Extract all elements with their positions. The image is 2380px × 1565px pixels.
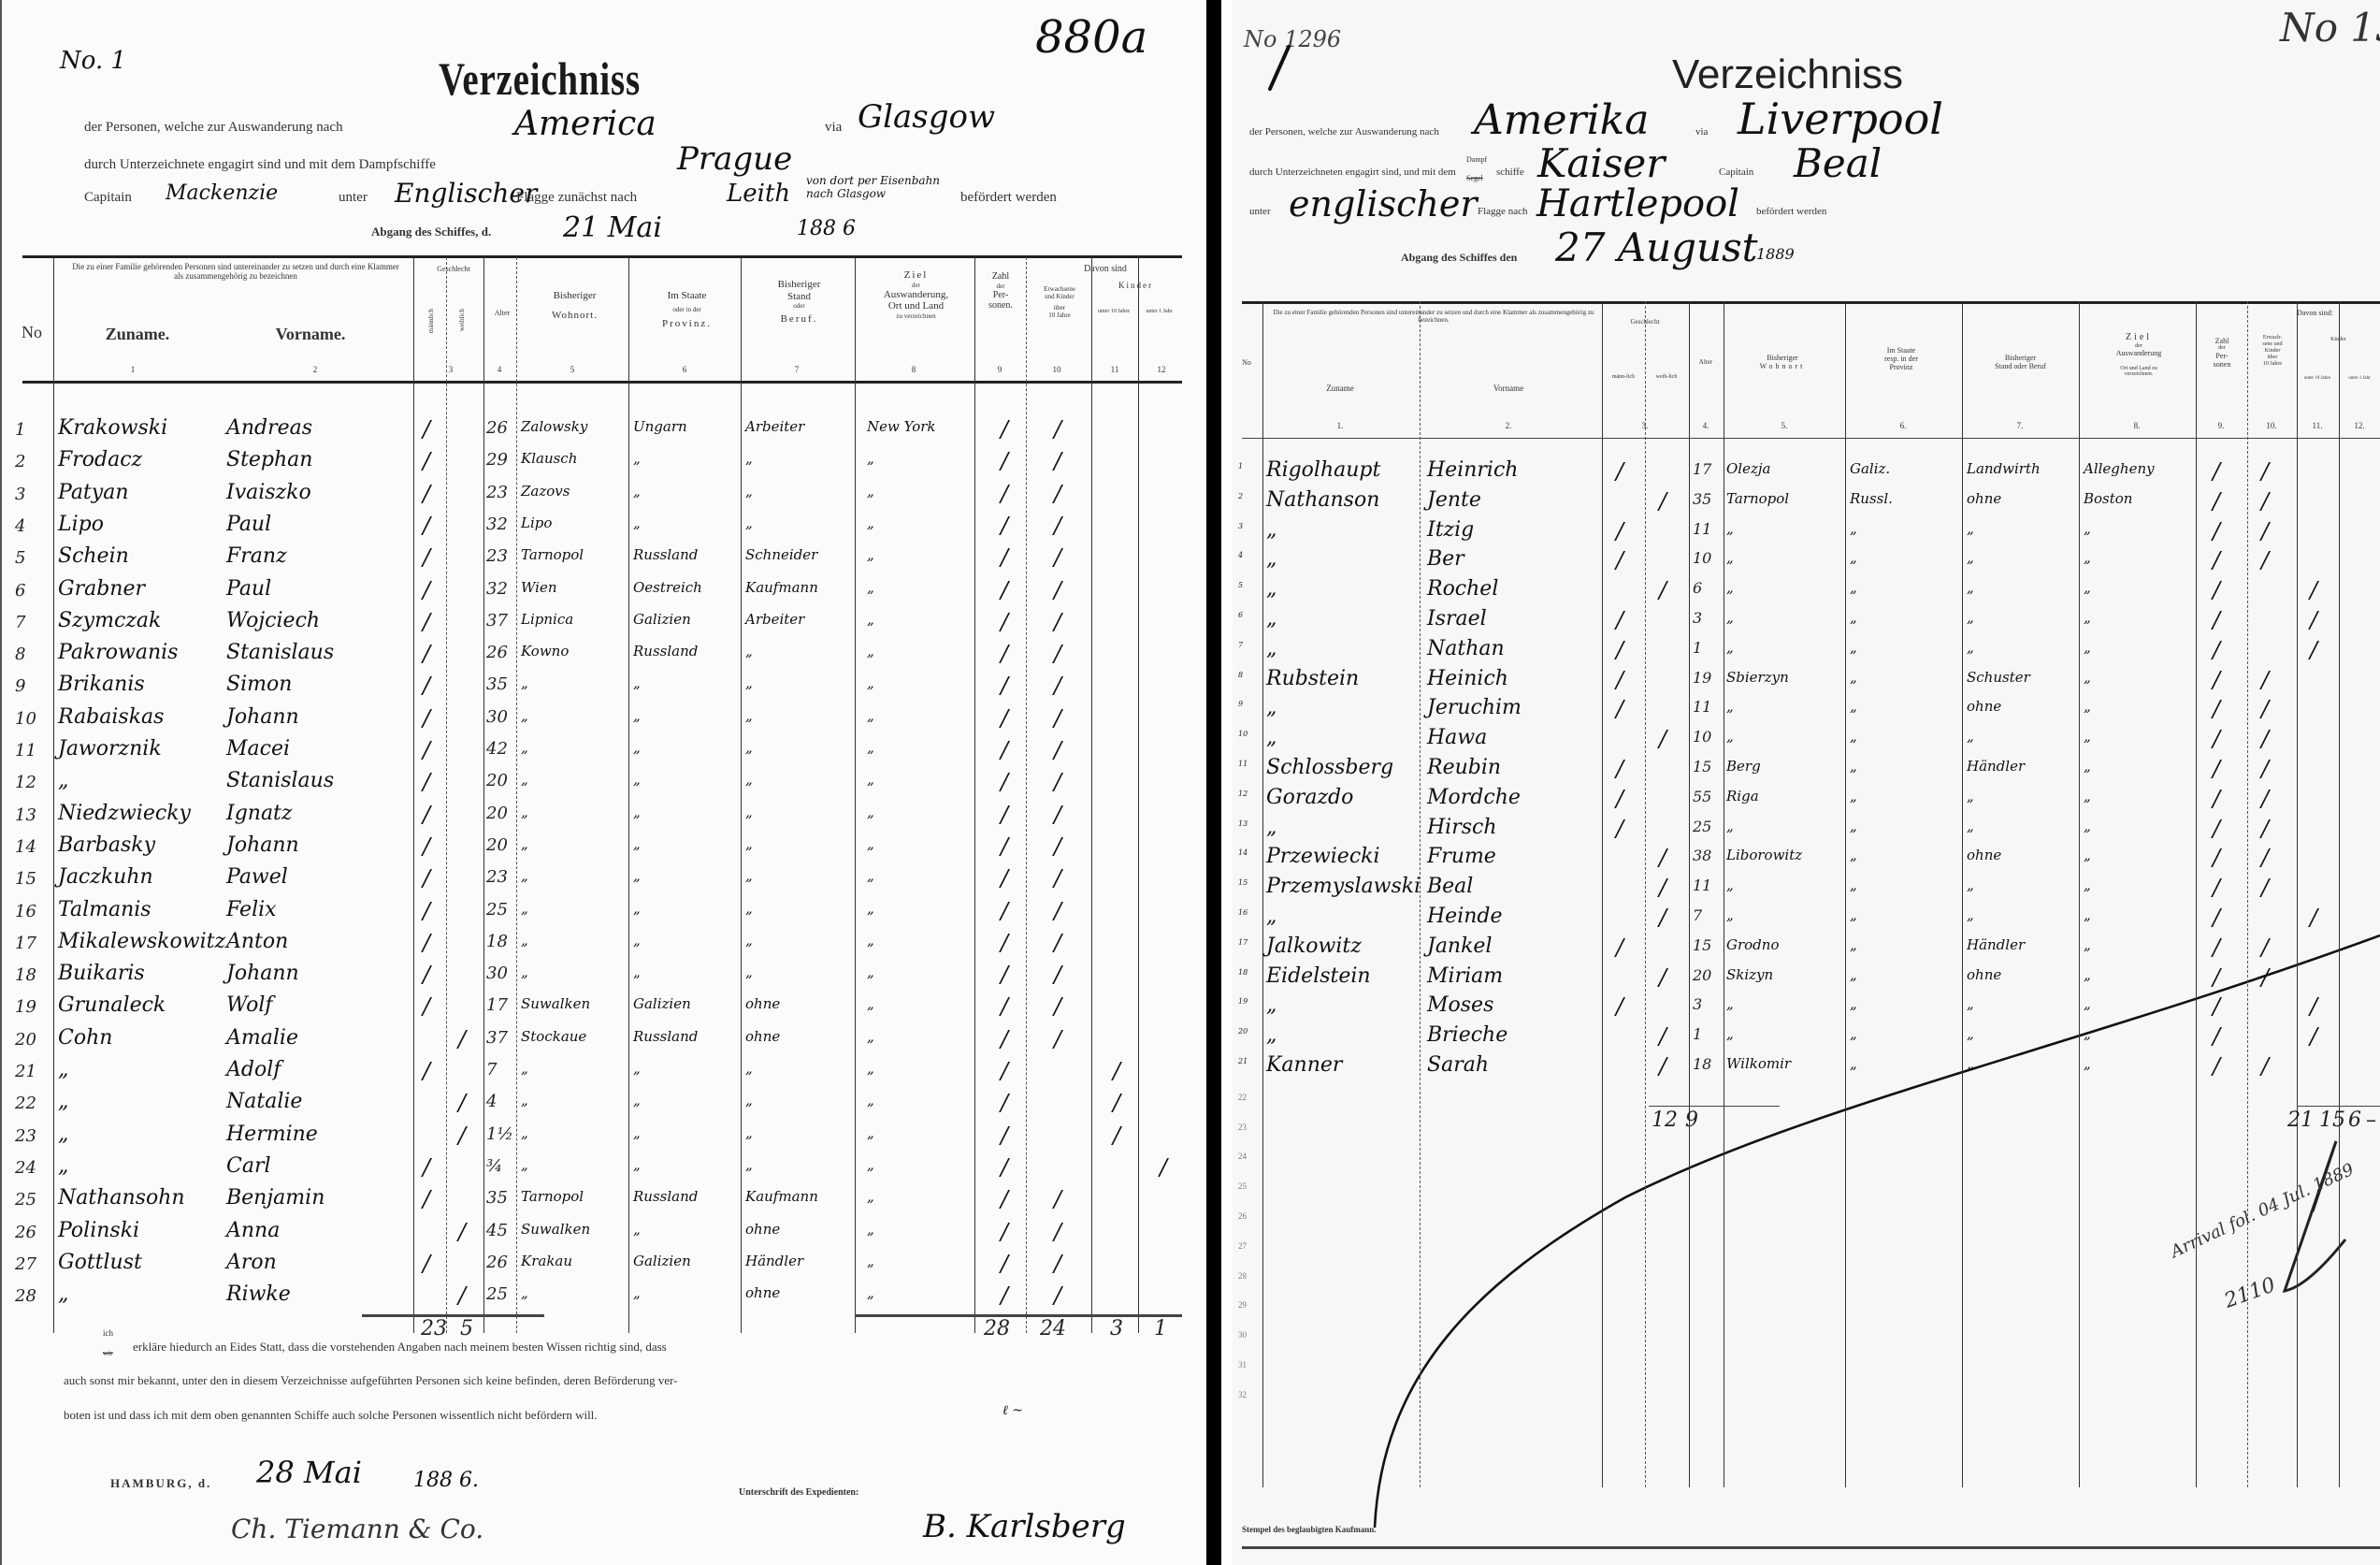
row-number: 5 (1238, 581, 1243, 589)
table-row: 18EidelsteinMiriam/20Skizyn„ohne„// (1233, 964, 2380, 994)
column-number: 1. (1321, 421, 1359, 430)
adult-mark: / (2261, 845, 2269, 871)
occupation-cell: „ (745, 964, 753, 980)
age-cell: 38 (1693, 847, 1711, 864)
left-col-adults: Erwachseneund Kinderüber10 Jahre (1031, 285, 1089, 319)
state-cell: Oestreich (633, 579, 702, 596)
empty-row-number: 22 (1238, 1093, 1247, 1102)
child-mark: / (2310, 1023, 2317, 1050)
occupation-cell: „ (745, 707, 753, 724)
surname-cell: „ (58, 1090, 68, 1113)
given-name-cell: Hawa (1427, 726, 1487, 749)
count-mark: / (2213, 1053, 2220, 1080)
row-number: 6 (15, 581, 25, 601)
given-name-cell: Mordche (1427, 786, 1521, 809)
table-row: 21„Adolf/7„„„„// (2, 1058, 1208, 1090)
table-row: 5ScheinFranz/23TarnopolRusslandSchneider… (2, 544, 1208, 576)
destination-cell: „ (867, 579, 874, 596)
adult-mark: / (1054, 769, 1061, 795)
given-name-cell: Miriam (1427, 964, 1503, 988)
right-col-count-1: Zahl (2199, 337, 2245, 345)
left-sum-rule-1 (362, 1314, 544, 1317)
left-col-adults-4: 10 Jahre (1031, 312, 1089, 319)
left-col-children: Kinder (1091, 281, 1180, 290)
residence-cell: Tarnopol (521, 1188, 584, 1205)
occupation-cell: „ (1967, 818, 1974, 834)
count-mark: / (2213, 726, 2220, 752)
left-signature-agent: Ch. Tiemann & Co. (231, 1514, 483, 1544)
surname-cell: „ (58, 769, 68, 792)
residence-cell: Tarnopol (1726, 490, 1789, 507)
right-document-page: No 1296 No 1324 Verzeichniss der Persone… (1233, 0, 2380, 1565)
surname-cell: Buikaris (58, 962, 145, 985)
count-mark: / (1001, 609, 1008, 635)
left-flag-label: unter (339, 190, 368, 206)
given-name-cell: Simon (226, 673, 292, 696)
adult-mark: / (1054, 962, 1061, 988)
adult-mark: / (2261, 756, 2269, 782)
table-row: 18BuikarisJohann/30„„„„// (2, 962, 1208, 993)
age-cell: 15 (1693, 758, 1711, 775)
adult-mark: / (2261, 518, 2269, 544)
given-name-cell: Ivaiszko (226, 481, 311, 504)
count-mark: / (1001, 1219, 1008, 1245)
male-mark: / (1616, 547, 1623, 573)
count-mark: / (1001, 1186, 1008, 1212)
residence-cell: „ (1726, 549, 1734, 566)
count-mark: / (1001, 865, 1008, 891)
row-number: 11 (1238, 760, 1248, 768)
given-name-cell: Johann (226, 833, 299, 857)
destination-cell: „ (2084, 818, 2091, 834)
left-col-sex-m: männlich (427, 309, 440, 333)
state-cell: Galizien (633, 1253, 691, 1269)
child-mark: / (1113, 1123, 1120, 1149)
row-number: 2 (1238, 492, 1243, 500)
destination-cell: New York (867, 418, 936, 435)
empty-row-number: 29 (1238, 1300, 1247, 1310)
male-mark: / (1616, 667, 1623, 693)
surname-cell: Rabaiskas (58, 705, 164, 729)
right-col-count: ZahlderPer-sonen (2199, 337, 2245, 369)
given-name-cell: Felix (226, 898, 277, 921)
surname-cell: „ (58, 1123, 68, 1146)
state-cell: „ (1850, 906, 1857, 923)
state-cell: „ (633, 674, 641, 691)
right-col-given-name: Vorname (1420, 384, 1597, 393)
right-destination: Amerika (1474, 96, 1650, 144)
adult-mark: / (2261, 964, 2269, 991)
residence-cell: Tarnopol (521, 546, 584, 563)
residence-cell: Liborowitz (1726, 847, 1802, 863)
count-mark: / (2213, 905, 2220, 931)
column-number: 9. (2202, 421, 2240, 430)
left-first-port: Leith (727, 180, 790, 208)
adult-mark: / (2261, 875, 2269, 901)
surname-cell: Jaworznik (58, 737, 162, 761)
female-mark: / (458, 1026, 466, 1052)
occupation-cell: „ (1967, 639, 1974, 656)
residence-cell: „ (1726, 818, 1734, 834)
destination-cell: „ (2084, 966, 2091, 983)
occupation-cell: „ (745, 514, 753, 531)
count-mark: / (2213, 816, 2220, 842)
column-number: 6 (666, 365, 703, 374)
left-col-adults-3: über (1031, 304, 1089, 312)
surname-cell: „ (1266, 547, 1277, 571)
occupation-cell: „ (745, 1124, 753, 1141)
destination-cell: „ (867, 707, 874, 724)
occupation-cell: „ (745, 1060, 753, 1077)
left-departure-date: 21 Mai (563, 211, 662, 244)
age-cell: 45 (486, 1221, 508, 1240)
right-total-male: 12 (1652, 1109, 1678, 1132)
surname-cell: Jalkowitz (1266, 935, 1362, 958)
age-cell: 35 (1693, 490, 1711, 508)
row-number: 14 (15, 837, 36, 857)
left-col-destination: ZielderAuswanderung,Ort und Landzu verze… (858, 269, 974, 320)
column-number: 4. (1687, 421, 1724, 430)
surname-cell: „ (1266, 993, 1277, 1017)
female-mark: / (1659, 726, 1666, 752)
left-forwarded-text: befördert werden (960, 190, 1057, 206)
table-row: 9„Jeruchim/11„„ohne„// (1233, 696, 2380, 726)
surname-cell: „ (58, 1154, 68, 1178)
residence-cell: „ (521, 674, 528, 691)
column-number: 2. (1490, 421, 1527, 430)
female-mark: / (1659, 905, 1666, 931)
destination-cell: „ (867, 1156, 874, 1173)
given-name-cell: Carl (226, 1154, 271, 1178)
adult-mark: / (2261, 488, 2269, 514)
occupation-cell: Kaufmann (745, 579, 818, 596)
surname-cell: Szymczak (58, 609, 161, 632)
left-col-destination-1: Ziel (858, 269, 974, 282)
given-name-cell: Ignatz (226, 802, 293, 825)
state-cell: „ (633, 514, 641, 531)
child-mark: / (2310, 993, 2317, 1020)
residence-cell: Sbierzyn (1726, 669, 1789, 686)
row-number: 24 (15, 1158, 36, 1178)
male-mark: / (423, 577, 430, 603)
adult-mark: / (1054, 577, 1061, 603)
given-name-cell: Brieche (1427, 1023, 1507, 1047)
surname-cell: „ (58, 1058, 68, 1081)
age-cell: 23 (486, 483, 508, 502)
destination-cell: „ (2084, 1025, 2091, 1042)
destination-cell: „ (867, 835, 874, 852)
right-ship-type-segel: Segel (1466, 174, 1483, 182)
destination-cell: „ (867, 674, 874, 691)
male-mark: / (423, 513, 430, 539)
destination-cell: „ (2084, 995, 2091, 1012)
table-row: 6„Israel/3„„„„// (1233, 607, 2380, 637)
count-mark: / (1001, 513, 1008, 539)
right-via-label: via (1695, 126, 1708, 138)
table-row: 26PolinskiAnna/45Suwalken„ohne„// (2, 1219, 1208, 1251)
right-col-adults-1: Erwach- (2250, 335, 2295, 341)
right-col-sex-f: weib-lich (1645, 374, 1688, 381)
right-header-bottom-rule (1242, 438, 2380, 439)
left-document-page: No. 1 880a Verzeichniss der Personen, we… (0, 0, 1208, 1565)
state-cell: „ (1850, 788, 1857, 804)
right-col-of-which: Davon sind: (2250, 309, 2380, 317)
residence-cell: „ (1726, 728, 1734, 745)
state-cell: „ (1850, 639, 1857, 656)
state-cell: Russland (633, 1028, 698, 1045)
state-cell: „ (633, 483, 641, 500)
residence-cell: „ (521, 1124, 528, 1141)
count-mark: / (2213, 696, 2220, 722)
row-number: 7 (15, 613, 25, 632)
adult-mark: / (1054, 833, 1061, 860)
given-name-cell: Heinde (1427, 905, 1503, 928)
right-ship-label: schiffe (1496, 167, 1524, 178)
male-mark: / (1616, 607, 1623, 633)
residence-cell: Kowno (521, 643, 569, 659)
table-row: 28„Riwke/25„„ohne„// (2, 1282, 1208, 1314)
left-place-year: 188 6. (413, 1469, 479, 1492)
table-row: 3PatyanIvaiszko/23Zazovs„„„// (2, 481, 1208, 513)
column-number: 5 (554, 365, 591, 374)
right-col-destination-3: Auswanderung (2082, 349, 2196, 357)
left-col-count: ZahlderPer-sonen. (978, 271, 1023, 312)
table-row: 14BarbaskyJohann/20„„„„// (2, 833, 1208, 865)
table-row: 16TalmanisFelix/25„„„„// (2, 898, 1208, 930)
surname-cell: Grunaleck (58, 993, 166, 1017)
table-row: 23„Hermine/1½„„„„// (2, 1123, 1208, 1154)
age-cell: 6 (1693, 579, 1702, 597)
table-row: 13„Hirsch/25„„„„// (1233, 816, 2380, 846)
adult-mark: / (1054, 993, 1061, 1020)
right-col-residence-2: Wohnort (1726, 362, 1839, 370)
left-col-residence: BisherigerWohnort. (521, 290, 628, 321)
state-cell: Galizien (633, 995, 691, 1012)
right-footer-note: Stempel des beglaubigten Kaufmann. (1242, 1525, 1377, 1534)
residence-cell: „ (521, 771, 528, 788)
residence-cell: Olezja (1726, 460, 1770, 477)
table-row: 25NathansohnBenjamin/35TarnopolRusslandK… (2, 1186, 1208, 1218)
row-number: 3 (15, 485, 25, 504)
adult-mark: / (1054, 1251, 1061, 1277)
count-mark: / (1001, 1123, 1008, 1149)
occupation-cell: „ (745, 450, 753, 467)
surname-cell: „ (1266, 637, 1277, 660)
table-row: 22„Natalie/4„„„„// (2, 1090, 1208, 1122)
left-captain-name: Mackenzie (166, 181, 278, 205)
given-name-cell: Adolf (226, 1058, 281, 1081)
adult-mark: / (1054, 865, 1061, 891)
adult-mark: / (1054, 898, 1061, 924)
state-cell: „ (633, 804, 641, 820)
occupation-cell: „ (745, 932, 753, 949)
page-divider (1206, 0, 1221, 1565)
left-col-occupation-4: Beruf. (745, 313, 853, 326)
surname-cell: Krakowski (58, 416, 167, 440)
right-col-state-2: resp. in der (1845, 355, 1957, 363)
occupation-cell: Kaufmann (745, 1188, 818, 1205)
row-number: 4 (1238, 551, 1243, 559)
destination-cell: „ (2084, 906, 2091, 923)
surname-cell: Lipo (58, 513, 104, 536)
occupation-cell: „ (1967, 609, 1974, 626)
destination-cell: „ (867, 611, 874, 628)
occupation-cell: Schneider (745, 546, 817, 563)
surname-cell: „ (1266, 1023, 1277, 1047)
given-name-cell: Natalie (226, 1090, 302, 1113)
row-number: 9 (1238, 700, 1243, 708)
male-mark: / (423, 993, 430, 1020)
residence-cell: „ (521, 1060, 528, 1077)
left-col-state-1: Im Staate (633, 290, 741, 302)
count-mark: / (2213, 577, 2220, 603)
left-col-count-1: Zahl (978, 271, 1023, 283)
surname-cell: Przemyslawski (1266, 875, 1421, 898)
male-mark: / (423, 1251, 430, 1277)
residence-cell: „ (1726, 877, 1734, 893)
row-number: 4 (15, 516, 25, 536)
residence-cell: Lipnica (521, 611, 573, 628)
count-mark: / (2213, 935, 2220, 961)
surname-cell: Rigolhaupt (1266, 458, 1380, 482)
male-mark: / (423, 1186, 430, 1212)
surname-cell: „ (1266, 607, 1277, 630)
occupation-cell: „ (745, 483, 753, 500)
table-row: 27GottlustAron/26KrakauGalizienHändler„/… (2, 1251, 1208, 1282)
state-cell: Ungarn (633, 418, 687, 435)
row-number: 6 (1238, 611, 1243, 619)
left-sum-rule-2 (855, 1314, 1182, 1317)
given-name-cell: Nathan (1427, 637, 1505, 660)
male-mark: / (423, 737, 430, 763)
occupation-cell: „ (1967, 788, 1974, 804)
destination-cell: „ (867, 1060, 874, 1077)
count-mark: / (2213, 786, 2220, 812)
age-cell: 23 (486, 546, 508, 566)
right-col-no: No (1233, 358, 1261, 367)
right-total-infants: – (2366, 1109, 2376, 1132)
count-mark: / (1001, 705, 1008, 732)
male-mark: / (1616, 696, 1623, 722)
right-col-surname: Zuname (1265, 384, 1415, 393)
table-row: 14PrzewieckiFrume/38Liborowitz„ohne„// (1233, 845, 2380, 875)
right-departure-date: 27 August (1555, 225, 1758, 270)
occupation-cell: „ (1967, 728, 1974, 745)
right-col-under1: unter 1 Jahr (2339, 376, 2380, 382)
count-mark: / (1001, 673, 1008, 699)
left-via-label: via (825, 120, 842, 136)
row-number: 17 (15, 934, 36, 953)
right-archive-number: No 1324 (2280, 5, 2380, 51)
state-cell: „ (633, 932, 641, 949)
state-cell: „ (633, 1124, 641, 1141)
given-name-cell: Heinrich (1427, 458, 1518, 482)
surname-cell: Grabner (58, 577, 145, 601)
left-via-port: Glasgow (858, 98, 995, 136)
right-col-state-1: Im Staate (1845, 346, 1957, 355)
state-cell: Russl. (1850, 490, 1893, 507)
destination-cell: „ (867, 1028, 874, 1045)
male-mark: / (423, 865, 430, 891)
residence-cell: „ (1726, 609, 1734, 626)
row-number: 27 (15, 1254, 36, 1274)
count-mark: / (2213, 667, 2220, 693)
occupation-cell: ohne (1967, 847, 2001, 863)
state-cell: „ (1850, 698, 1857, 715)
empty-row-number: 32 (1238, 1390, 1247, 1399)
age-cell: 7 (1693, 906, 1702, 924)
table-row: 11SchlossbergReubin/15Berg„Händler„// (1233, 756, 2380, 786)
state-cell: „ (633, 900, 641, 917)
destination-cell: „ (867, 995, 874, 1012)
right-ship-type-dampf: Dampf (1466, 155, 1487, 164)
given-name-cell: Amalie (226, 1026, 298, 1050)
column-number: 10. (2253, 421, 2290, 430)
row-number: 20 (1238, 1027, 1248, 1036)
destination-cell: „ (2084, 609, 2091, 626)
row-number: 19 (1238, 997, 1248, 1006)
male-mark: / (1616, 935, 1623, 961)
count-mark: / (1001, 1282, 1008, 1309)
male-mark: / (1616, 786, 1623, 812)
left-col-state-3: Provinz. (633, 318, 741, 330)
occupation-cell: „ (1967, 906, 1974, 923)
surname-cell: „ (1266, 696, 1277, 719)
left-col-occupation-1: Bisheriger (745, 279, 853, 291)
row-number: 9 (15, 676, 25, 696)
female-mark: / (1659, 1053, 1666, 1080)
right-captain-label: Capitain (1719, 167, 1753, 178)
column-number: 8. (2118, 421, 2156, 430)
given-name-cell: Heinich (1427, 667, 1508, 690)
adult-mark: / (1054, 1282, 1061, 1309)
state-cell: „ (1850, 1025, 1857, 1042)
occupation-cell: „ (745, 1092, 753, 1109)
female-mark: / (1659, 1023, 1666, 1050)
state-cell: „ (1850, 1055, 1857, 1072)
left-declaration-line-3: boten ist und dass ich mit dem oben gena… (64, 1408, 598, 1423)
right-col-children: Kinder (2297, 337, 2380, 343)
given-name-cell: Rochel (1427, 577, 1498, 601)
age-cell: ¾ (486, 1156, 502, 1176)
male-mark: / (423, 802, 430, 828)
left-col-destination-3: Auswanderung, (858, 289, 974, 301)
right-port: Hartlepool (1536, 182, 1739, 225)
residence-cell: „ (521, 707, 528, 724)
state-cell: „ (633, 1156, 641, 1173)
left-col-count-4: sonen. (978, 300, 1023, 312)
adult-mark: / (1054, 737, 1061, 763)
age-cell: 17 (1693, 460, 1711, 478)
surname-cell: Brikanis (58, 673, 145, 696)
right-flag-text: Flagge nach (1478, 206, 1527, 217)
destination-cell: „ (2084, 639, 2091, 656)
right-col-occupation: BisherigerStand oder Beruf (1962, 354, 2079, 370)
table-row: 2NathansonJente/35TarnopolRussl.ohneBost… (1233, 488, 2380, 518)
surname-cell: Niedzwiecky (58, 802, 191, 825)
male-mark: / (423, 898, 430, 924)
age-cell: 1 (1693, 639, 1702, 657)
adult-mark: / (2261, 547, 2269, 573)
state-cell: „ (633, 739, 641, 756)
destination-cell: „ (2084, 1055, 2091, 1072)
residence-cell: Berg (1726, 758, 1761, 775)
left-first-port-note: von dort per Eisenbahn nach Glasgow (806, 174, 946, 201)
given-name-cell: Macei (226, 737, 290, 761)
female-mark: / (1659, 875, 1666, 901)
destination-cell: „ (867, 643, 874, 659)
state-cell: „ (1850, 758, 1857, 775)
